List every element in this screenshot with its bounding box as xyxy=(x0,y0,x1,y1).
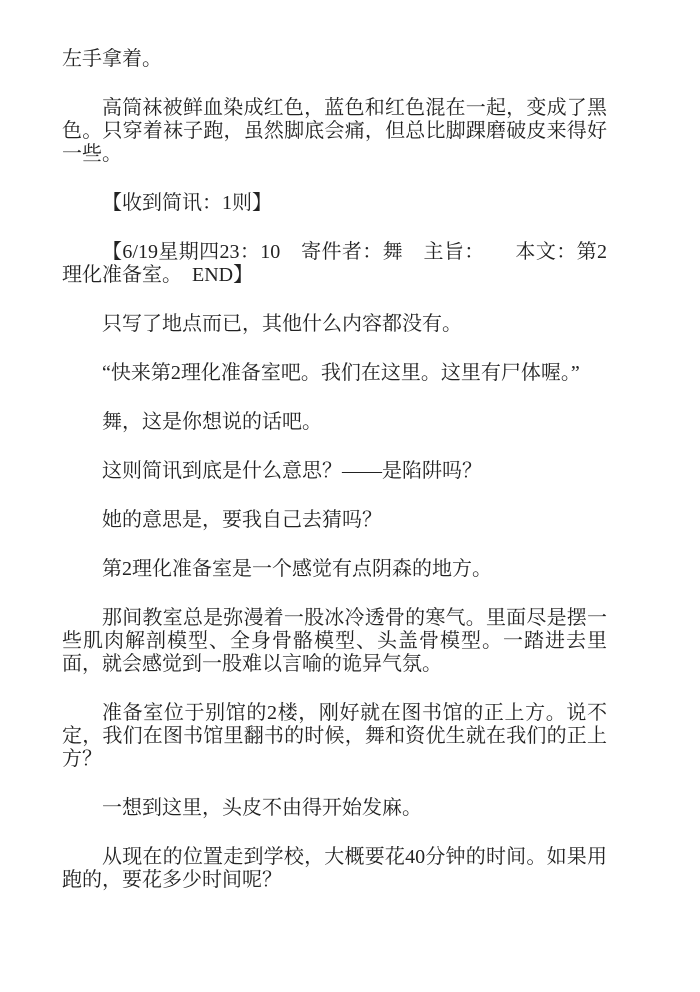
text-column: 左手拿着。 高筒袜被鲜血染成红色，蓝色和红色混在一起，变成了黑色。只穿着袜子跑，… xyxy=(62,48,607,892)
paragraph-11: 那间教室总是弥漫着一股冰冷透骨的寒气。里面尽是摆一些肌肉解剖模型、全身骨骼模型、… xyxy=(62,607,607,676)
paragraph-12: 准备室位于别馆的2楼，刚好就在图书馆的正上方。说不定，我们在图书馆里翻书的时候，… xyxy=(62,702,607,771)
paragraph-8: 这则简讯到底是什么意思？——是陷阱吗？ xyxy=(62,460,607,483)
paragraph-1: 左手拿着。 xyxy=(62,48,607,71)
paragraph-10: 第2理化准备室是一个感觉有点阴森的地方。 xyxy=(62,558,607,581)
paragraph-7: 舞，这是你想说的话吧。 xyxy=(62,411,607,434)
paragraph-14: 从现在的位置走到学校，大概要花40分钟的时间。如果用跑的，要花多少时间呢？ xyxy=(62,846,607,892)
paragraph-4-sms-message: 【6/19星期四23：10 寄件者：舞 主旨： 本文：第2理化准备室。 END】 xyxy=(62,241,607,287)
paragraph-5: 只写了地点而已，其他什么内容都没有。 xyxy=(62,313,607,336)
paragraph-9: 她的意思是，要我自己去猜吗？ xyxy=(62,509,607,532)
paragraph-3-sms-notice: 【收到简讯：1则】 xyxy=(62,192,607,215)
paragraph-13: 一想到这里，头皮不由得开始发麻。 xyxy=(62,797,607,820)
paragraph-2: 高筒袜被鲜血染成红色，蓝色和红色混在一起，变成了黑色。只穿着袜子跑，虽然脚底会痛… xyxy=(62,97,607,166)
paragraph-6-quote: “快来第2理化准备室吧。我们在这里。这里有尸体喔。” xyxy=(62,362,607,385)
book-page: 左手拿着。 高筒袜被鲜血染成红色，蓝色和红色混在一起，变成了黑色。只穿着袜子跑，… xyxy=(0,0,700,992)
